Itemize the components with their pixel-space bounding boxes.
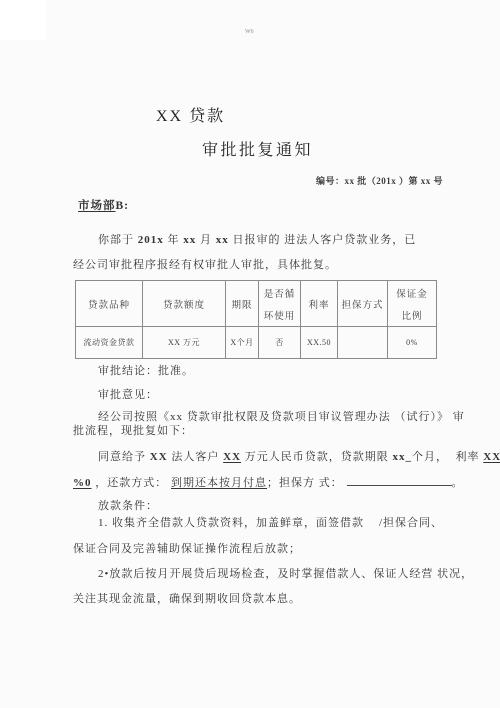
grant-text: ，还款方式： <box>92 477 172 489</box>
intro-line2: 经公司审批程序报经有权审批人审批，具体批复。 <box>73 259 337 272</box>
grant-text: ；担保方 式： <box>267 477 347 489</box>
grant-amount: XX <box>223 451 241 463</box>
cell-rate: XX.50 <box>301 327 338 359</box>
grant-text: 同意给予 <box>98 451 150 463</box>
header-margin-line1: 保证金 <box>388 286 436 300</box>
cell-term: X个月 <box>226 327 259 359</box>
salutation-line: 市场部B: <box>78 200 129 213</box>
grant-term: xx_ <box>393 451 413 463</box>
grant-text: 个月， 利率 <box>412 451 483 463</box>
condition2-line1: 2•放款后按月开展贷后现场检查，及时掌握借款人、保证人经营 状况， <box>98 568 473 581</box>
condition1-line2: 保证合同及完善辅助保证操作流程后放款； <box>73 543 301 556</box>
intro-day: xx <box>216 234 229 246</box>
table-data-row: 流动资金贷款 XX 万元 X个月 否 XX.50 0% <box>76 327 437 359</box>
grant-line2: %0 ，还款方式： 到期还本按月付息；担保方 式： 。 <box>73 475 464 490</box>
grant-text: 。 <box>452 477 464 489</box>
header-term: 期限 <box>226 281 259 327</box>
grant-rate: XX <box>483 451 500 463</box>
loan-approval-table: 贷款品种 贷款额度 期限 是否循环使用 利率 担保方式 保证金比例 流动资金贷款… <box>75 280 437 359</box>
intro-text: 日报审的 进法人客户贷款业务，已 <box>229 234 417 246</box>
header-rate: 利率 <box>301 281 338 327</box>
table-header-row: 贷款品种 贷款额度 期限 是否循环使用 利率 担保方式 保证金比例 <box>76 281 437 327</box>
doc-title-line1: XX 贷款 <box>156 110 225 123</box>
intro-year: 201x <box>138 234 164 246</box>
salutation-dept: 市场部 <box>78 200 116 212</box>
approval-opinion-label: 审批意见： <box>98 389 158 402</box>
intro-month: xx <box>183 234 196 246</box>
cell-guarantee <box>338 327 388 359</box>
header-loan-amount: 贷款额度 <box>143 281 226 327</box>
header-revolving: 是否循环使用 <box>259 281 301 327</box>
header-revolving-line1: 是否循 <box>259 286 300 300</box>
intro-text: 月 <box>196 234 216 246</box>
grant-text: 法人客户 <box>168 451 224 463</box>
salutation-suffix: B: <box>116 200 130 212</box>
cell-loan-amount: XX 万元 <box>143 327 226 359</box>
header-revolving-line2: 环使用 <box>259 308 300 322</box>
cell-margin: 0% <box>388 327 437 359</box>
document-page: { "page": { "corner_mark": "W6", "title1… <box>0 0 500 708</box>
blank-underline <box>347 475 452 486</box>
doc-title-line2: 审批批复通知 <box>202 144 313 157</box>
condition2-line2: 关注其现金流量，确保到期收回贷款本息。 <box>73 593 301 606</box>
intro-text: 你部于 <box>98 234 138 246</box>
grant-line1: 同意给予 XX 法人客户 XX 万元人民币贷款，贷款期限 xx_个月， 利率 X… <box>98 451 500 464</box>
doc-ref-number: 编号：xx 批（201x ）第 xx 号 <box>316 175 443 188</box>
cell-loan-variety: 流动资金贷款 <box>76 327 143 359</box>
grant-text: 万元人民币贷款，贷款期限 <box>241 451 393 463</box>
condition1-line1: 1. 收集齐全借款人贷款资料，加盖鲜章，面签借款 /担保合同、 <box>98 517 443 530</box>
header-guarantee: 担保方式 <box>338 281 388 327</box>
intro-text: 年 <box>164 234 184 246</box>
grant-rate-suffix: %0 <box>73 477 92 489</box>
opinion-line2: 批流程，现批复如下： <box>73 425 193 438</box>
header-margin: 保证金比例 <box>388 281 437 327</box>
approval-conclusion: 审批结论：批准。 <box>98 365 194 378</box>
page-watermark: W6 <box>245 29 254 35</box>
header-loan-variety: 贷款品种 <box>76 281 143 327</box>
page-corner <box>0 0 46 40</box>
conditions-label: 放款条件： <box>98 500 158 513</box>
header-margin-line2: 比例 <box>388 308 436 322</box>
cell-revolving: 否 <box>259 327 301 359</box>
repayment-method: 到期还本按月付息 <box>171 477 267 489</box>
intro-line1: 你部于 201x 年 xx 月 xx 日报审的 进法人客户贷款业务，已 <box>98 234 416 247</box>
opinion-line1: 经公司按照《xx 贷款审批权限及贷款项目审议管理办法 （试行）》 审 <box>98 411 465 424</box>
grant-client: XX <box>150 451 168 463</box>
